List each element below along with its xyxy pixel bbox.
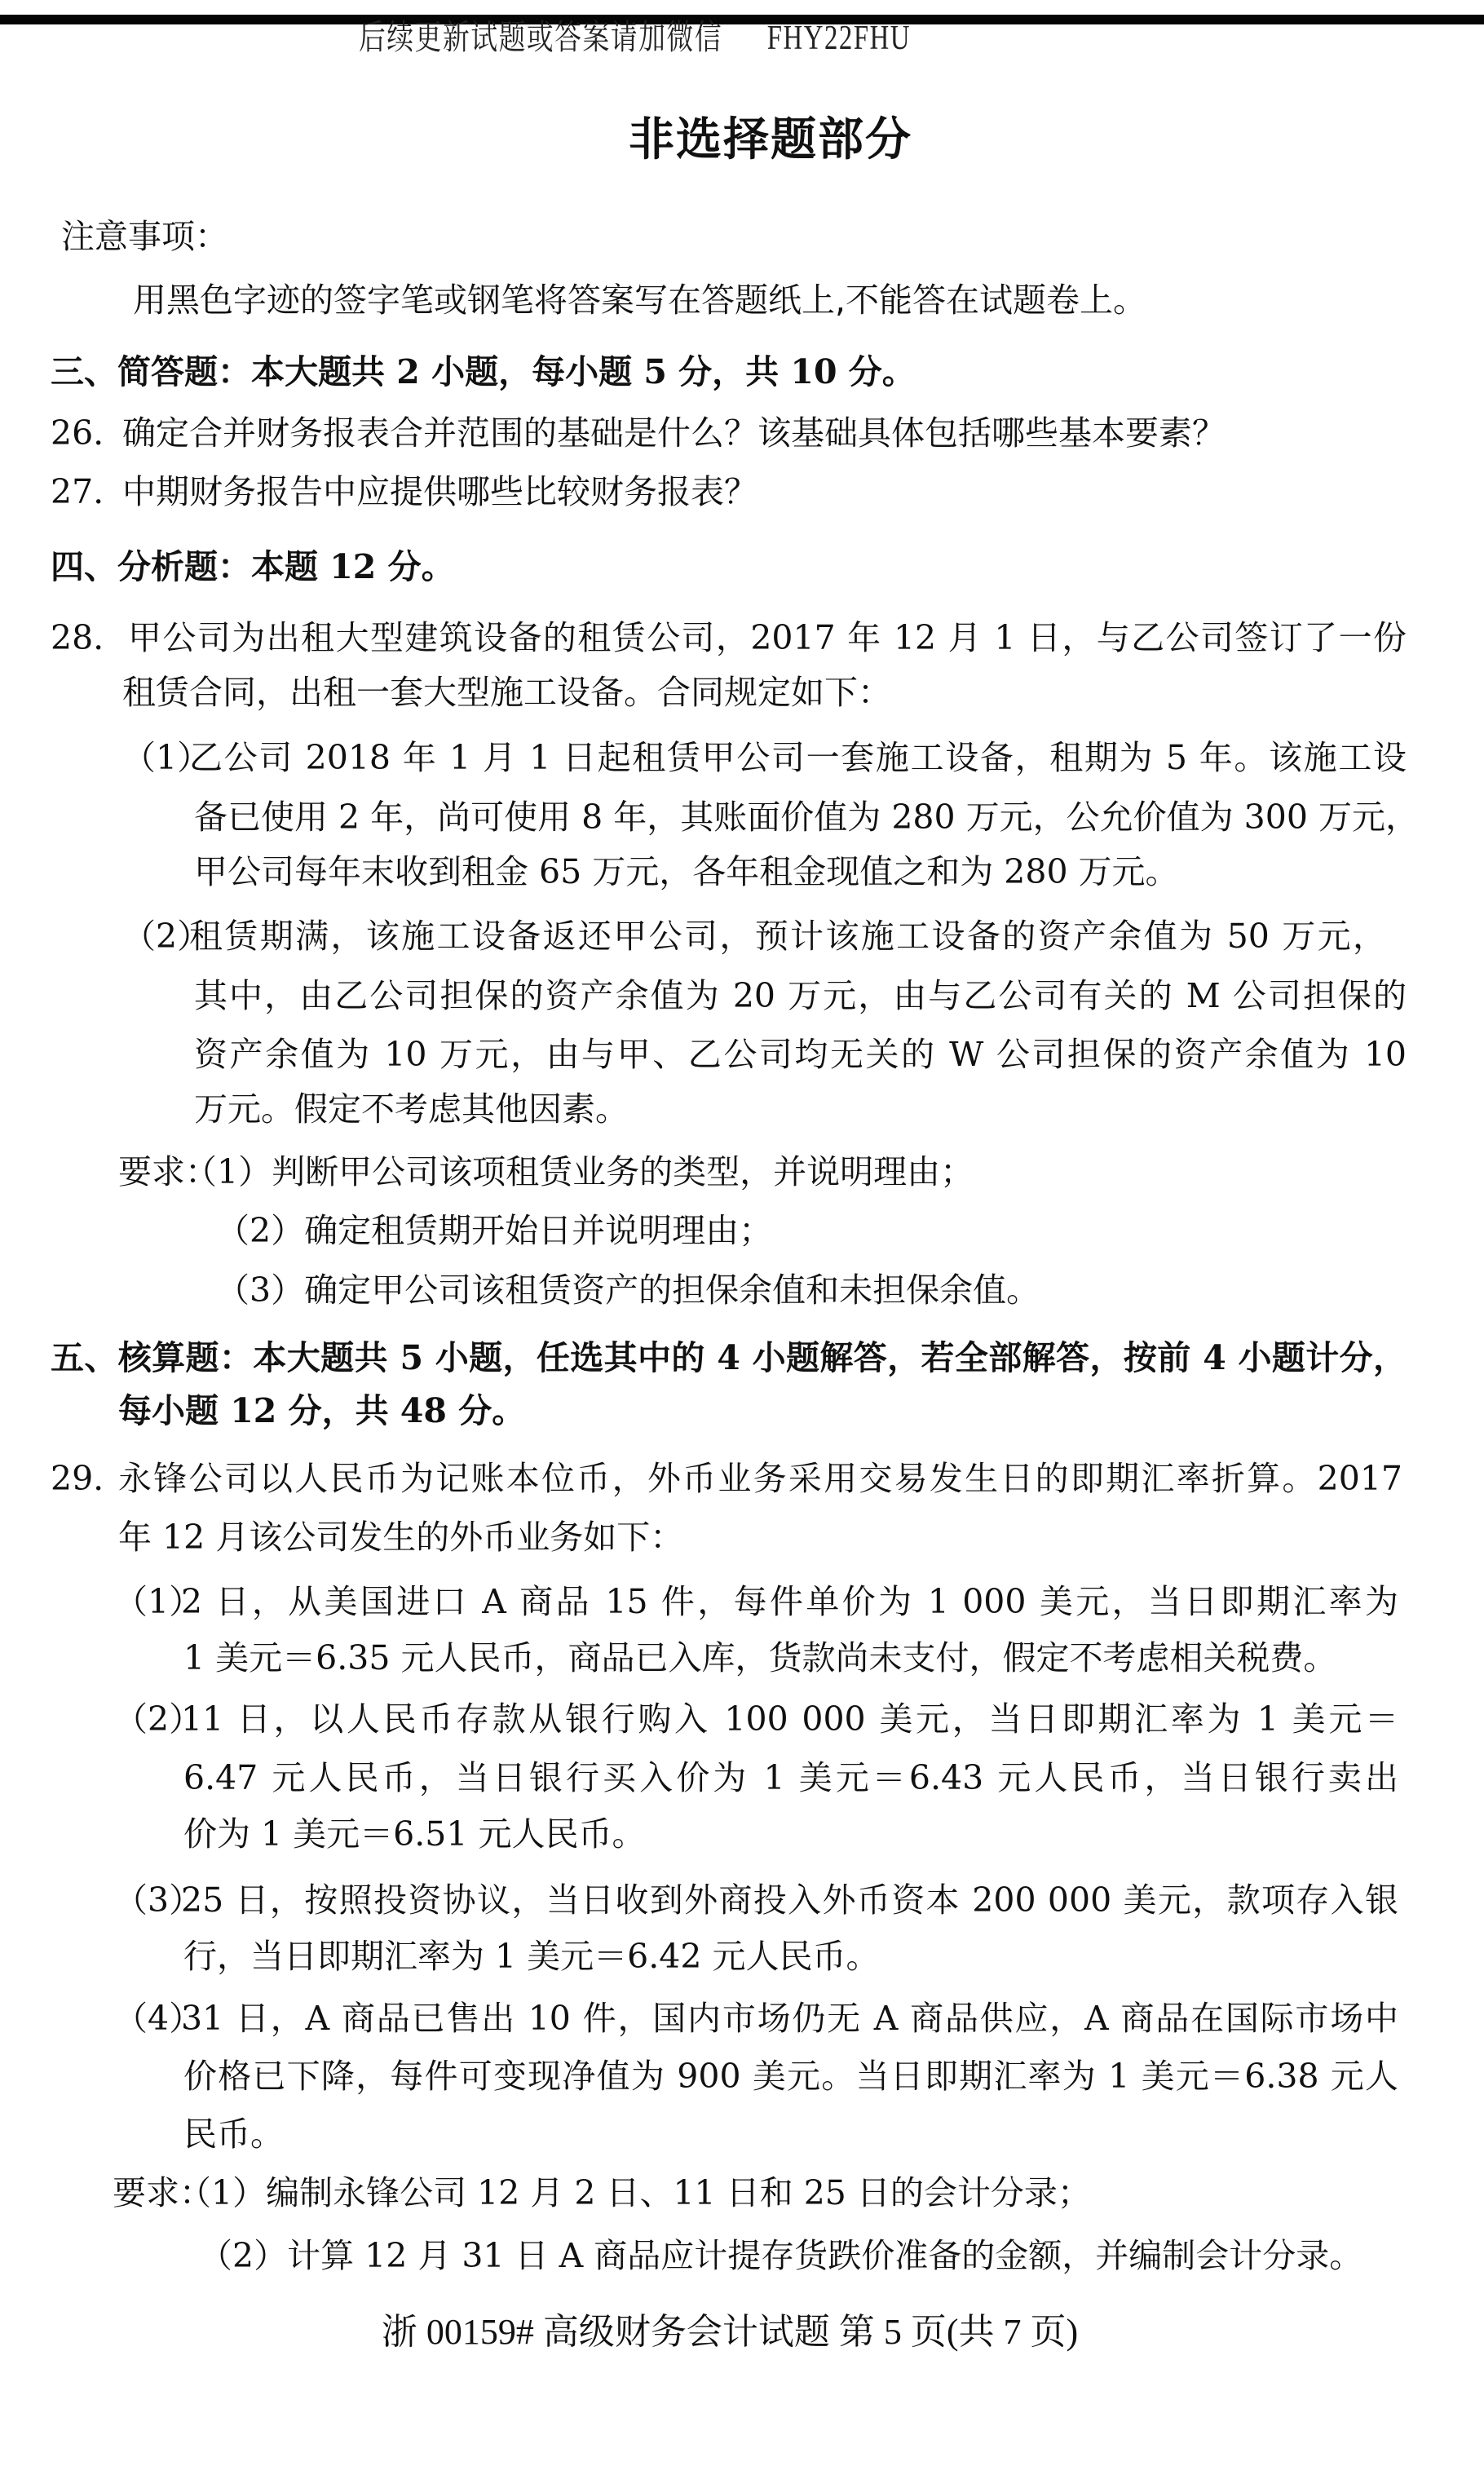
- q29-item-2-line: 价为 1 美元＝6.51 元人民币。: [183, 1811, 645, 1857]
- question-29-line: 年 12 月该公司发生的外币业务如下：: [118, 1514, 683, 1560]
- q28-requirement: （3）确定甲公司该租赁资产的担保余值和未担保余值。: [216, 1267, 1040, 1313]
- question-27-number: 27.: [51, 469, 104, 515]
- q28-requirement: （2）确定租赁期开始日并说明理由；: [216, 1208, 772, 1253]
- question-28-line: 租赁合同，出租一套大型施工设备。合同规定如下：: [122, 670, 891, 715]
- q28-item-1-line: 备已使用 2 年，尚可使用 8 年，其账面价值为 280 万元，公允价值为 30…: [194, 794, 1407, 840]
- q29-item-4-line: 价格已下降，每件可变现净值为 900 美元。当日即期汇率为 1 美元＝6.38 …: [183, 2053, 1398, 2099]
- q29-item-4-line: 民币。: [183, 2111, 284, 2157]
- section-5-heading-cont: 每小题 12 分，共 48 分。: [118, 1388, 525, 1434]
- watermark-code: FHY22FHU: [767, 20, 911, 57]
- question-27-text: 中期财务报告中应提供哪些比较财务报表？: [122, 469, 757, 515]
- q29-item-3-line: 行，当日即期汇率为 1 美元＝6.42 元人民币。: [183, 1933, 879, 1979]
- q29-item-1-line: 1 美元＝6.35 元人民币，商品已入库，货款尚未支付，假定不考虑相关税费。: [183, 1635, 1336, 1681]
- q28-item-2-line: 资产余值为 10 万元，由与甲、乙公司均无关的 W 公司担保的资产余值为 10: [194, 1032, 1407, 1077]
- section-3-heading: 三、简答题：本大题共 2 小题，每小题 5 分，共 10 分。: [51, 349, 916, 395]
- q28-item-2-line: 租赁期满，该施工设备返还甲公司，预计该施工设备的资产余值为 50 万元，: [189, 913, 1386, 959]
- section-4-heading: 四、分析题：本题 12 分。: [51, 544, 455, 590]
- question-28-line: 甲公司为出租大型建筑设备的租赁公司，2017 年 12 月 1 日，与乙公司签订…: [128, 615, 1407, 661]
- page-title: 非选择题部分: [0, 114, 1484, 166]
- q29-item-3-line: 25 日，按照投资协议，当日收到外商投入外币资本 200 000 美元，款项存入…: [181, 1877, 1398, 1923]
- q29-item-2-line: 11 日，以人民币存款从银行购入 100 000 美元，当日即期汇率为 1 美元…: [181, 1696, 1398, 1742]
- exam-page: 后续更新试题或答案请加微信FHY22FHU 非选择题部分 注意事项： 用黑色字迹…: [0, 0, 1484, 2466]
- q29-requirement: （2）计算 12 月 31 日 A 商品应计提存货跌价准备的金额，并编制会计分录…: [199, 2233, 1363, 2278]
- q28-item-1-line: 乙公司 2018 年 1 月 1 日起租赁甲公司一套施工设备，租期为 5 年。该…: [189, 735, 1407, 780]
- q28-item-1-line: 甲公司每年末收到租金 65 万元，各年租金现值之和为 280 万元。: [194, 849, 1179, 895]
- question-26-number: 26.: [51, 410, 104, 456]
- q28-requirement: （1）判断甲公司该项租赁业务的类型，并说明理由；: [183, 1149, 974, 1195]
- question-29-number: 29.: [51, 1456, 104, 1501]
- watermark: 后续更新试题或答案请加微信FHY22FHU: [359, 18, 911, 58]
- section-5-heading: 五、核算题：本大题共 5 小题，任选其中的 4 小题解答，若全部解答，按前 4 …: [51, 1335, 1407, 1381]
- question-29-line: 永锋公司以人民币为记账本位币，外币业务采用交易发生日的即期汇率折算。2017: [118, 1456, 1402, 1501]
- q29-item-2-line: 6.47 元人民币，当日银行买入价为 1 美元＝6.43 元人民币，当日银行卖出: [183, 1755, 1398, 1801]
- q28-item-2-line: 万元。假定不考虑其他因素。: [194, 1086, 629, 1132]
- q29-item-1-line: 2 日，从美国进口 A 商品 15 件，每件单价为 1 000 美元，当日即期汇…: [181, 1579, 1398, 1624]
- q29-requirement: （1）编制永锋公司 12 月 2 日、11 日和 25 日的会计分录；: [178, 2170, 1091, 2216]
- watermark-text: 后续更新试题或答案请加微信: [359, 18, 722, 56]
- notice-label: 注意事项：: [61, 214, 228, 259]
- question-28-number: 28.: [51, 615, 104, 661]
- q28-item-2-line: 其中，由乙公司担保的资产余值为 20 万元，由与乙公司有关的 M 公司担保的: [194, 973, 1407, 1019]
- q29-item-4-line: 31 日，A 商品已售出 10 件，国内市场仍无 A 商品供应，A 商品在国际市…: [181, 1995, 1398, 2041]
- question-26-text: 确定合并财务报表合并范围的基础是什么？该基础具体包括哪些基本要素？: [122, 410, 1226, 456]
- page-footer: 浙 00159# 高级财务会计试题 第 5 页(共 7 页): [371, 2309, 1089, 2355]
- notice-text: 用黑色字迹的签字笔或钢笔将答案写在答题纸上,不能答在试题卷上。: [133, 277, 1146, 323]
